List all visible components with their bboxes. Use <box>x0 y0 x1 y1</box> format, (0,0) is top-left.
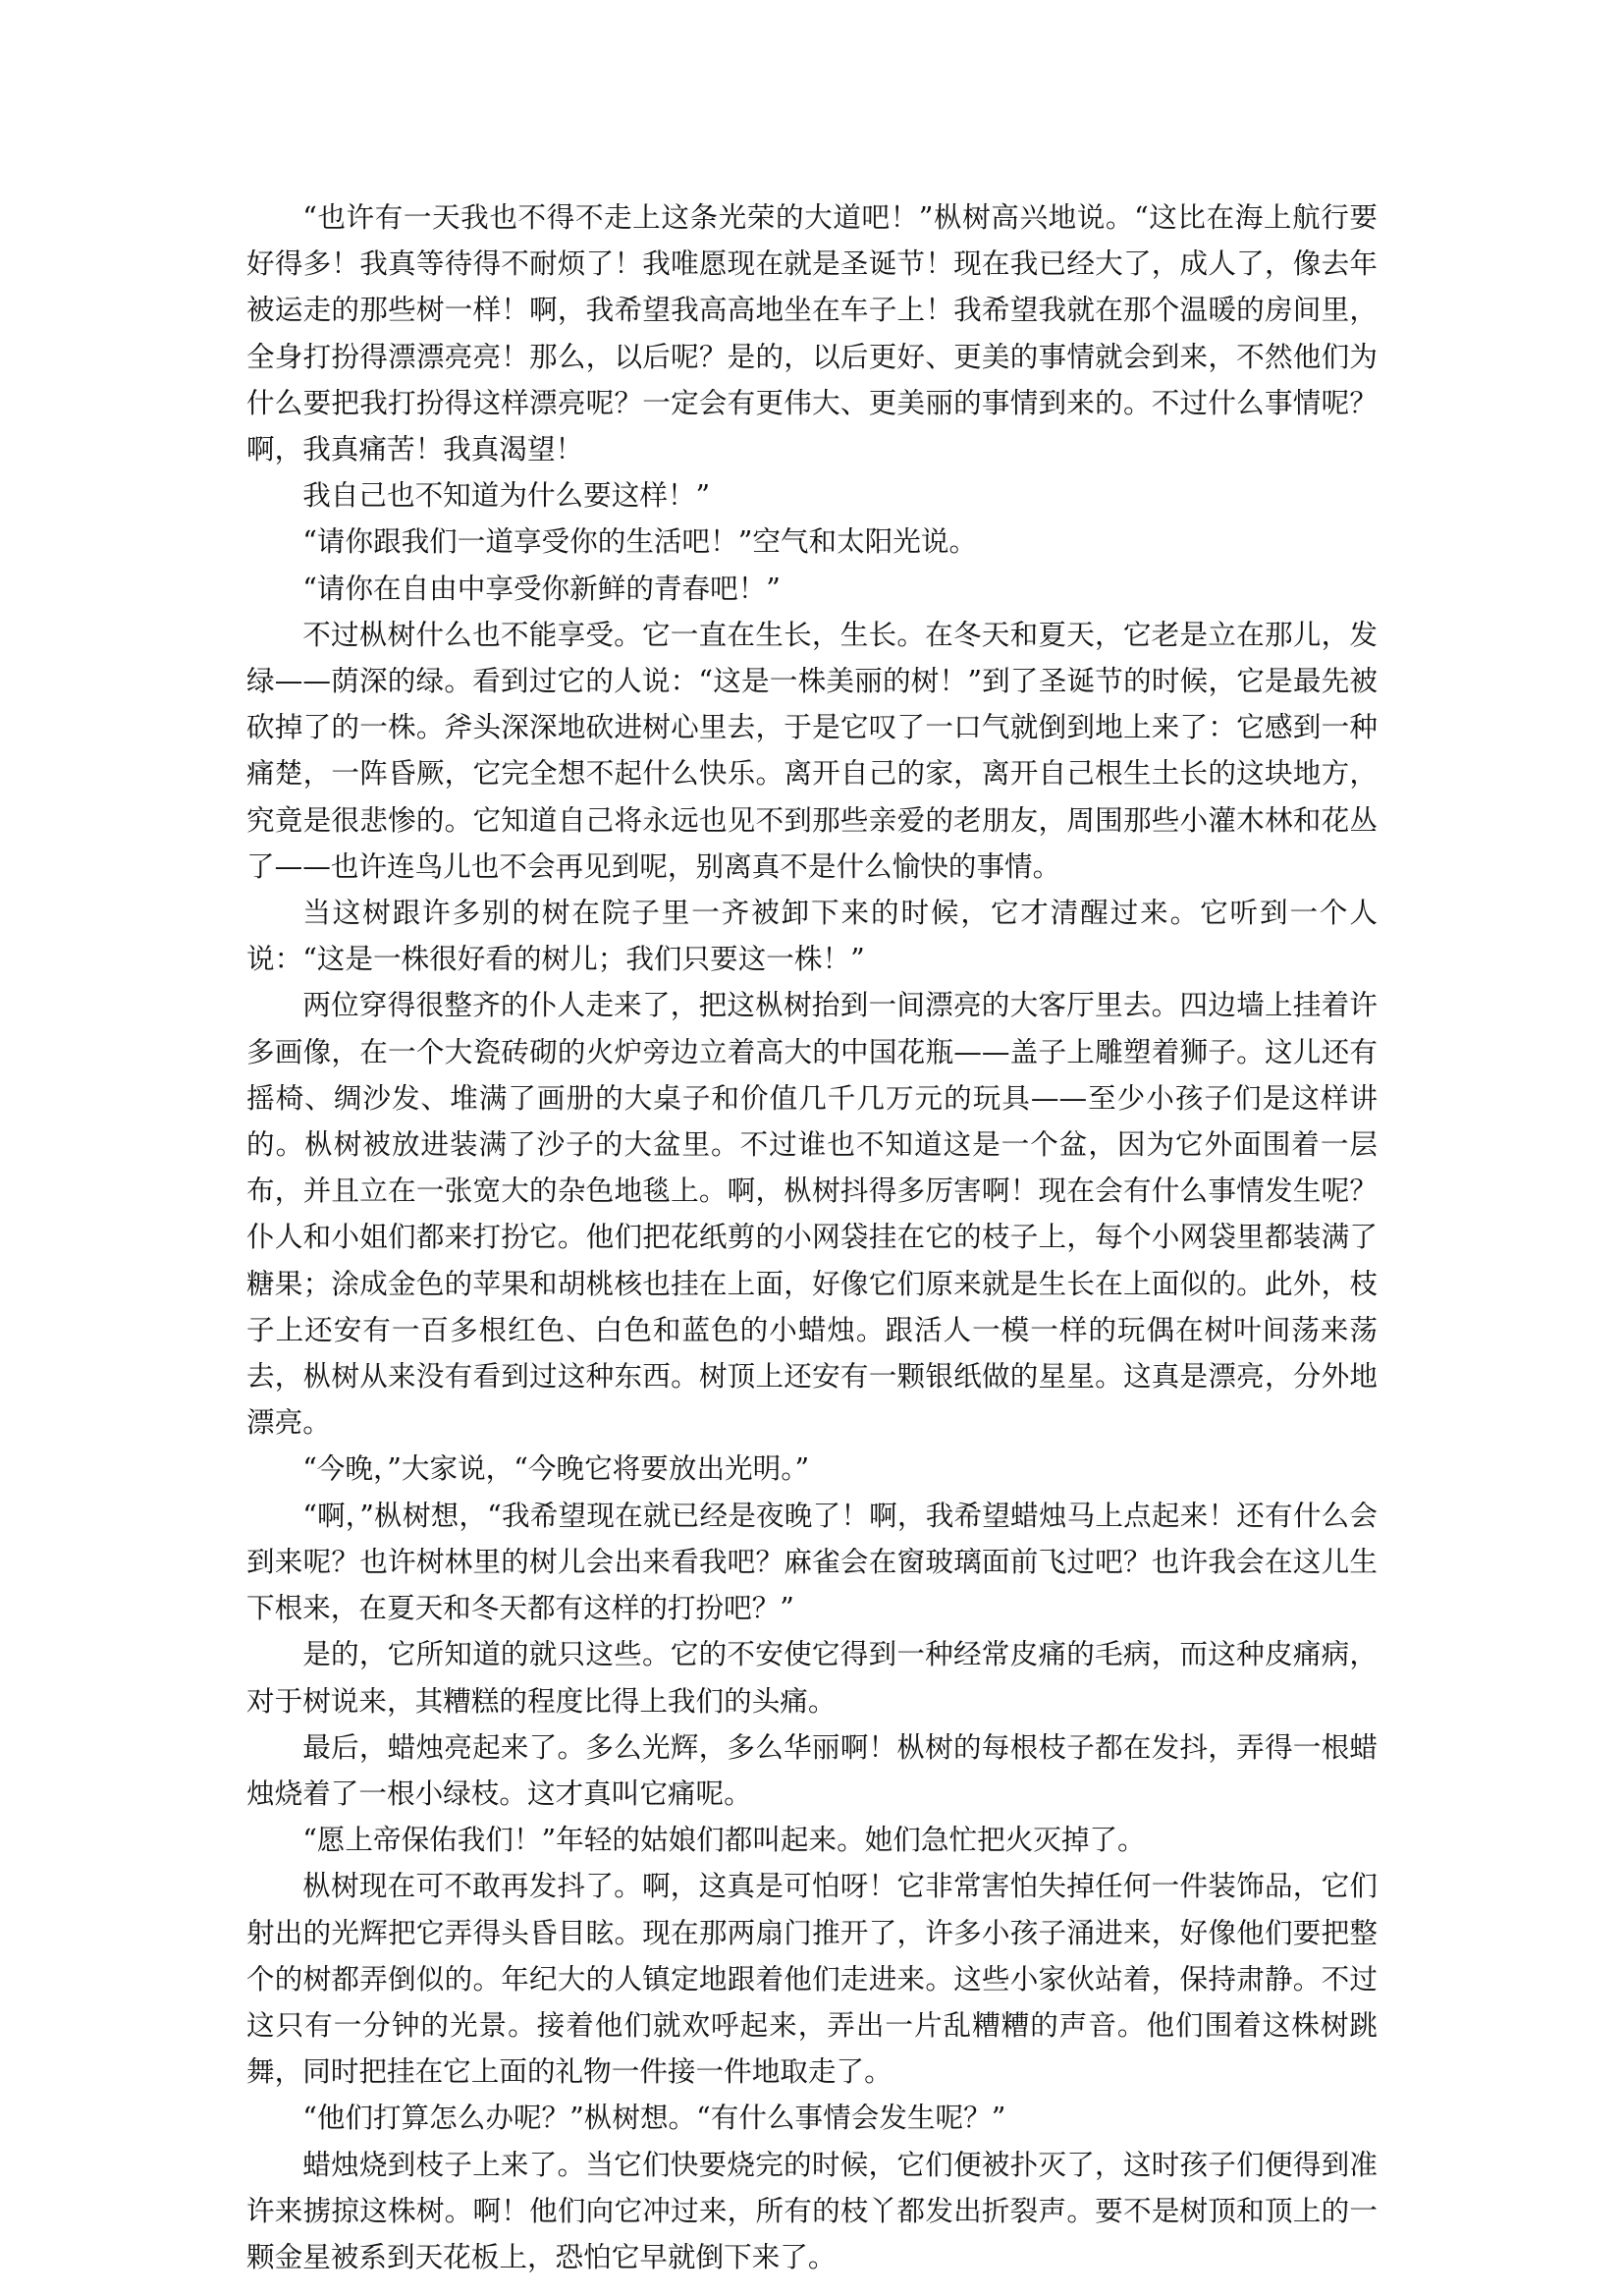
paragraph: “他们打算怎么办呢？”枞树想。“有什么事情会发生呢？” <box>246 2095 1378 2141</box>
paragraph: 两位穿得很整齐的仆人走来了，把这枞树抬到一间漂亮的大客厅里去。四边墙上挂着许多画… <box>246 982 1378 1446</box>
paragraph: “请你跟我们一道享受你的生活吧！”空气和太阳光说。 <box>246 519 1378 565</box>
paragraph: 当这树跟许多别的树在院子里一齐被卸下来的时候，它才清醒过来。它听到一个人说：“这… <box>246 890 1378 982</box>
paragraph: “啊，”枞树想，“我希望现在就已经是夜晚了！啊，我希望蜡烛马上点起来！还有什么会… <box>246 1493 1378 1632</box>
paragraph: 最后，蜡烛亮起来了。多么光辉，多么华丽啊！枞树的每根枝子都在发抖，弄得一根蜡烛烧… <box>246 1724 1378 1817</box>
document-page: “也许有一天我也不得不走上这条光荣的大道吧！”枞树高兴地说。“这比在海上航行要好… <box>246 194 1378 2280</box>
paragraph: 不过枞树什么也不能享受。它一直在生长，生长。在冬天和夏天，它老是立在那儿，发绿—… <box>246 612 1378 890</box>
paragraph: “也许有一天我也不得不走上这条光荣的大道吧！”枞树高兴地说。“这比在海上航行要好… <box>246 194 1378 472</box>
paragraph: 蜡烛烧到枝子上来了。当它们快要烧完的时候，它们便被扑灭了，这时孩子们便得到准许来… <box>246 2142 1378 2281</box>
paragraph: 我自己也不知道为什么要这样！” <box>246 472 1378 519</box>
paragraph: “请你在自由中享受你新鲜的青春吧！” <box>246 566 1378 612</box>
paragraph: “愿上帝保佑我们！”年轻的姑娘们都叫起来。她们急忙把火灭掉了。 <box>246 1817 1378 1863</box>
paragraph: 枞树现在可不敢再发抖了。啊，这真是可怕呀！它非常害怕失掉任何一件装饰品，它们射出… <box>246 1863 1378 2095</box>
paragraph: “今晚，”大家说，“今晚它将要放出光明。” <box>246 1446 1378 1492</box>
paragraph: 是的，它所知道的就只这些。它的不安使它得到一种经常皮痛的毛病，而这种皮痛病，对于… <box>246 1631 1378 1723</box>
